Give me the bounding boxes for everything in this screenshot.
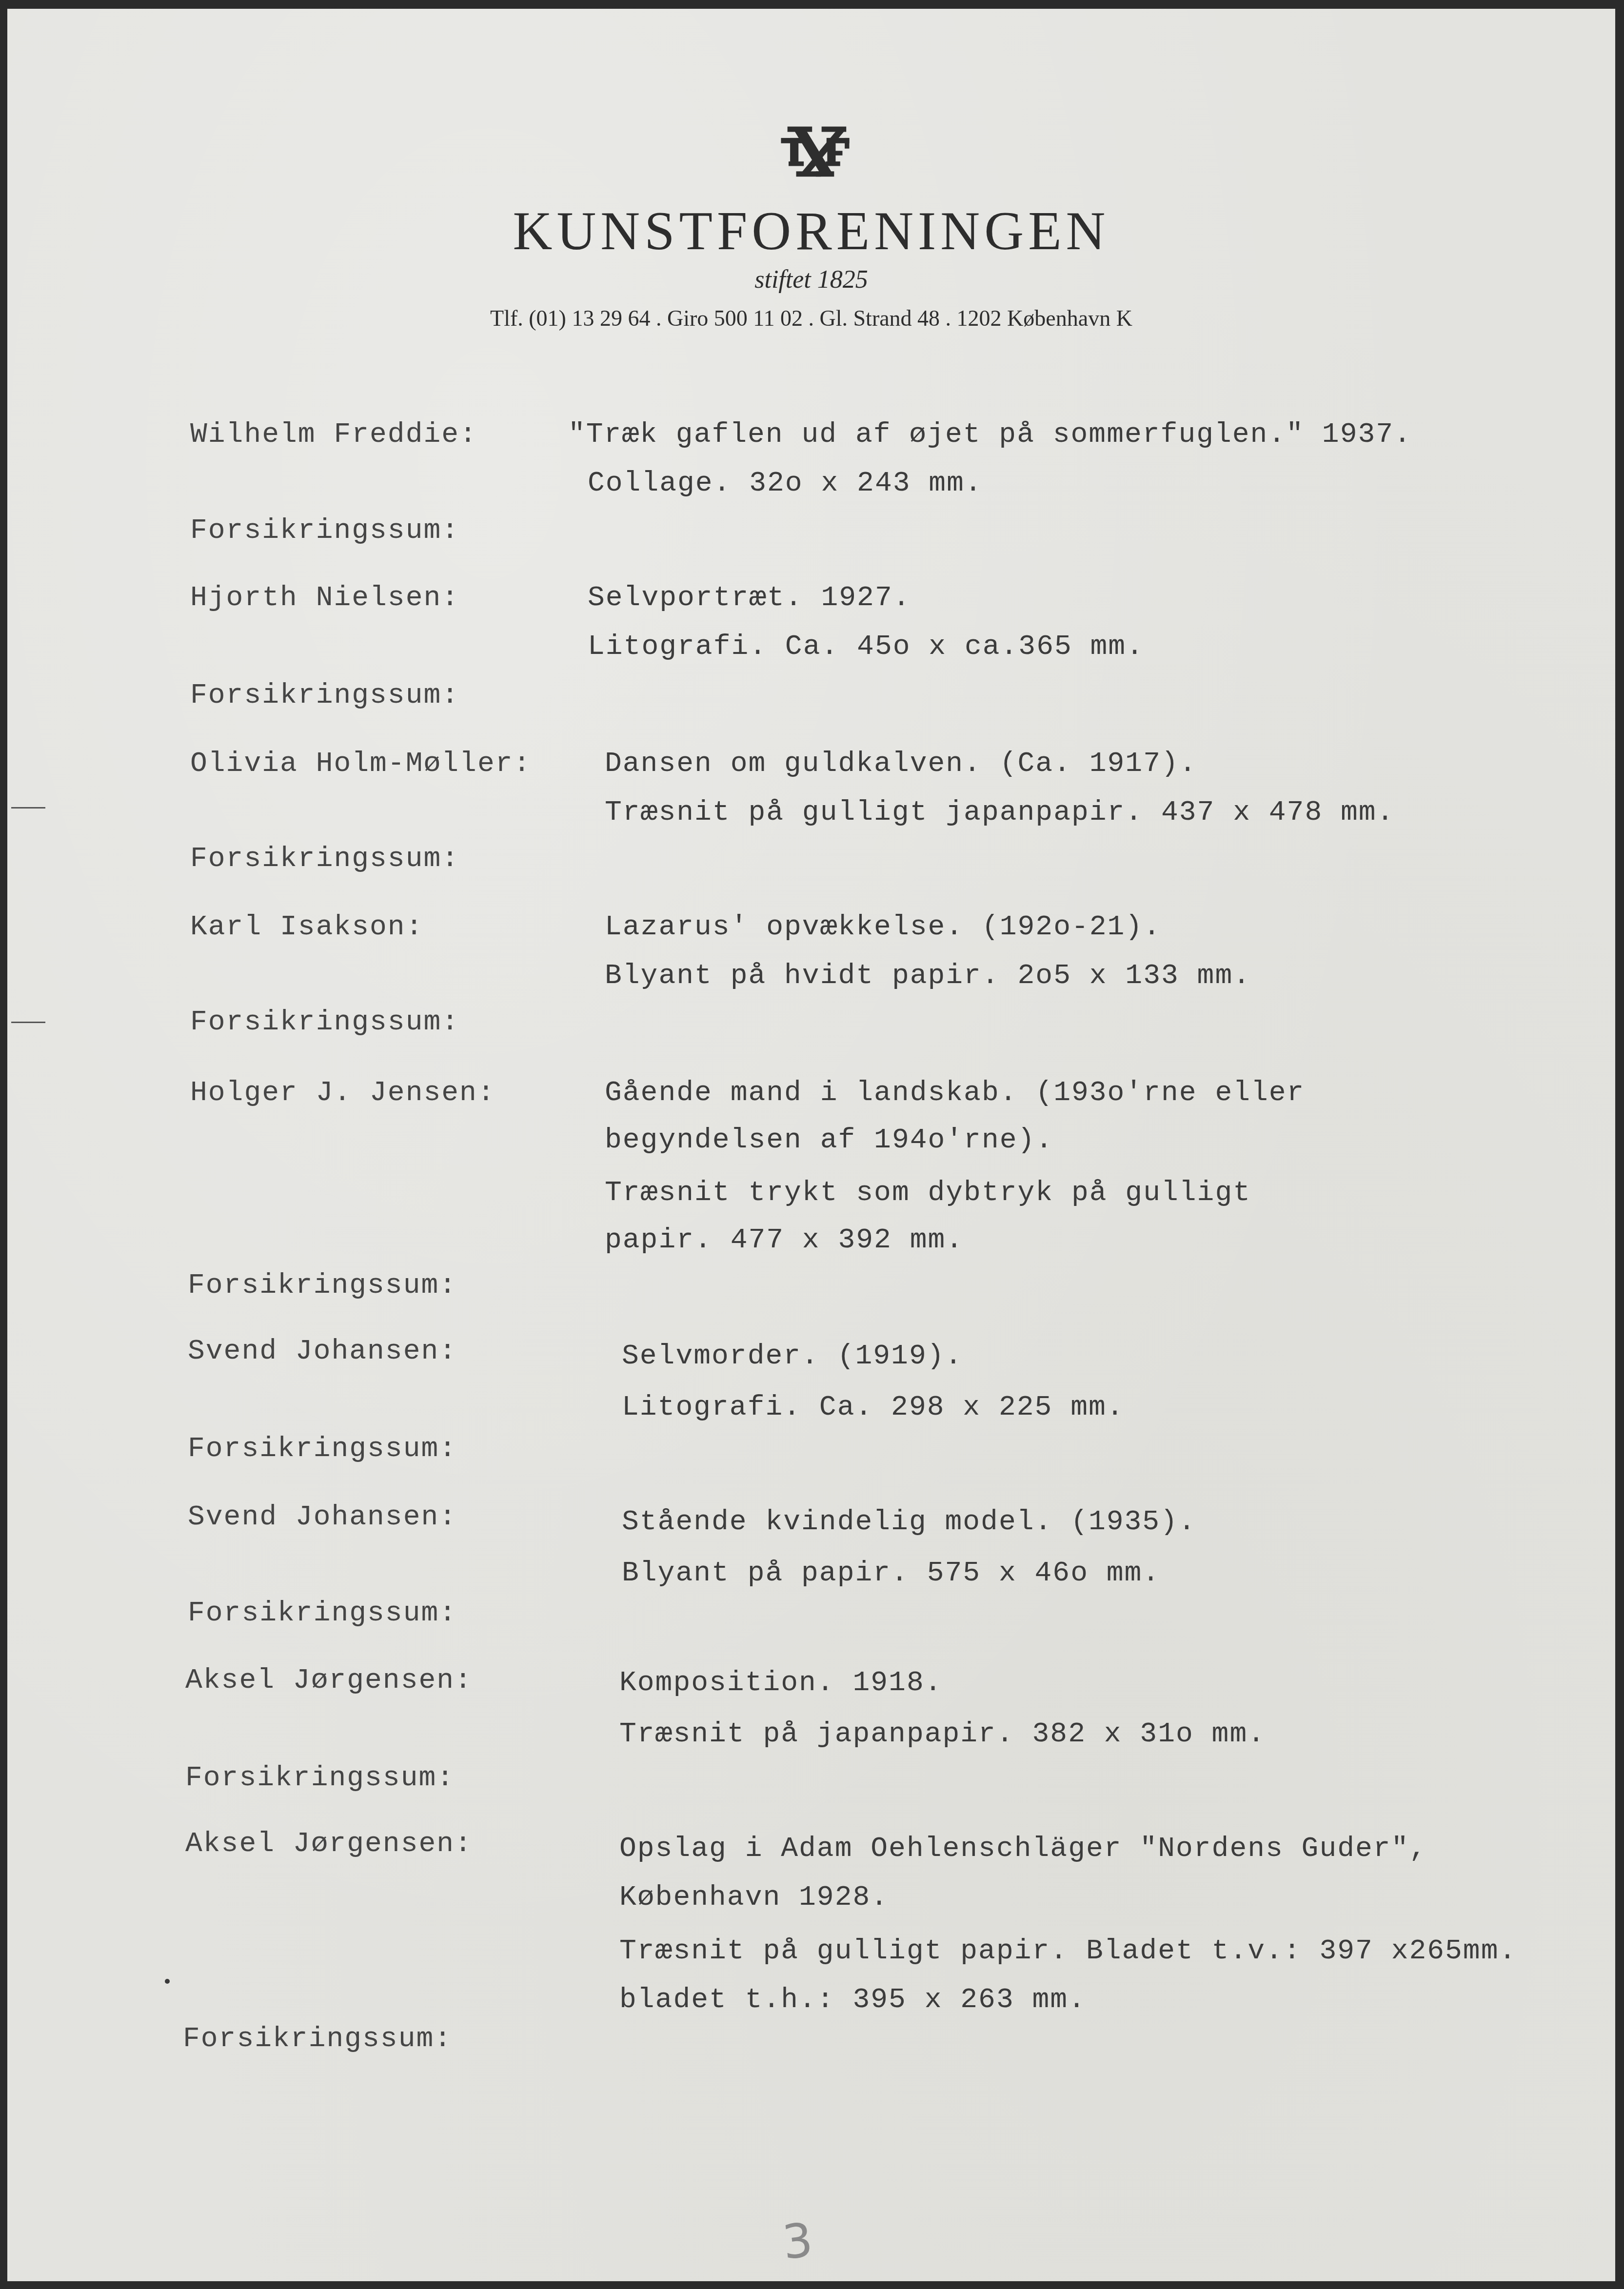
artwork-details: Træsnit på japanpapir. 382 x 31o mm. [619,1720,1266,1749]
artwork-details: Træsnit på gulligt papir. Bladet t.v.: 3… [619,1937,1517,1966]
artist-name: Wilhelm Freddie: [190,421,477,449]
insurance-label: Forsikringssum: [188,1435,457,1463]
artwork-title: Lazarus' opvækkelse. (192o-21). [605,913,1161,942]
org-address: Tlf. (01) 13 29 64 . Giro 500 11 02 . Gl… [7,307,1615,330]
artist-name: Svend Johansen: [188,1338,457,1366]
insurance-label: Forsikringssum: [185,1764,455,1793]
artist-name: Aksel Jørgensen: [185,1667,473,1695]
artwork-details-cont: papir. 477 x 392 mm. [605,1226,964,1255]
artwork-title: Dansen om guldkalven. (Ca. 1917). [605,750,1197,778]
kf-monogram-icon [770,119,862,187]
artwork-details: Træsnit på gulligt japanpapir. 437 x 478… [605,799,1394,827]
artist-name: Aksel Jørgensen: [185,1830,473,1858]
document-page: KUNSTFORENINGEN stiftet 1825 Tlf. (01) 1… [7,9,1615,2281]
artist-name: Hjorth Nielsen: [190,584,459,612]
org-name: KUNSTFORENINGEN [7,204,1615,258]
artist-name: Holger J. Jensen: [190,1079,495,1107]
artwork-title: Selvmorder. (1919). [622,1342,963,1371]
artist-name: Olivia Holm-Møller: [190,750,531,778]
page-number: 3 [780,2216,815,2266]
margin-tick-mark [11,807,45,809]
artwork-details: Blyant på hvidt papir. 2o5 x 133 mm. [605,962,1251,990]
artwork-title-cont: begyndelsen af 194o'rne). [605,1126,1053,1155]
artwork-title: Selvportræt. 1927. [588,584,911,612]
artwork-details: Litografi. Ca. 45o x ca.365 mm. [588,633,1144,661]
artwork-details: Litografi. Ca. 298 x 225 mm. [622,1394,1125,1422]
margin-tick-mark [11,1022,45,1023]
artwork-details-cont: bladet t.h.: 395 x 263 mm. [619,1986,1086,2014]
ink-dot [165,1979,170,1984]
insurance-label: Forsikringssum: [190,1008,459,1037]
artwork-details: Collage. 32o x 243 mm. [588,470,983,498]
insurance-label: Forsikringssum: [188,1599,457,1628]
artwork-title: "Træk gaflen ud af øjet på sommerfuglen.… [568,421,1412,449]
artwork-title: Stående kvindelig model. (1935). [622,1508,1196,1537]
insurance-label: Forsikringssum: [190,845,459,873]
founded-year: stiftet 1825 [7,267,1615,293]
insurance-label: Forsikringssum: [183,2025,452,2053]
artwork-title-cont: København 1928. [619,1884,889,1912]
artwork-title: Opslag i Adam Oehlenschläger "Nordens Gu… [619,1835,1427,1863]
artwork-title: Gående mand i landskab. (193o'rne eller [605,1079,1305,1107]
insurance-label: Forsikringssum: [190,682,459,710]
artist-name: Svend Johansen: [188,1503,457,1532]
artwork-title: Komposition. 1918. [619,1669,943,1697]
artist-name: Karl Isakson: [190,913,423,942]
insurance-label: Forsikringssum: [190,517,459,545]
artwork-details: Blyant på papir. 575 x 46o mm. [622,1559,1160,1588]
artwork-details: Træsnit trykt som dybtryk på gulligt [605,1179,1251,1207]
insurance-label: Forsikringssum: [188,1272,457,1300]
